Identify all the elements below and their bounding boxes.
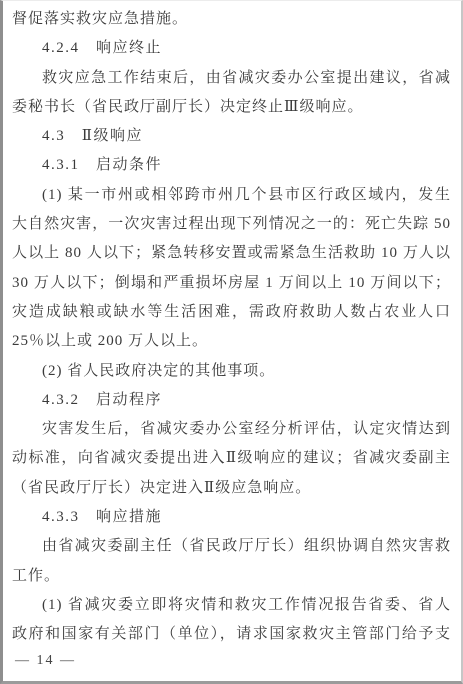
text-line: 30 万人以下；倒塌和严重损坏房屋 1 万间以上 10 万间以下；旱 — [12, 269, 451, 298]
text-line: 委秘书长（省民政厅副厅长）决定终止Ⅲ级响应。 — [12, 93, 451, 122]
text-line: 政府和国家有关部门（单位），请求国家救灾主管部门给予支持。 — [12, 620, 451, 649]
text-line: 救灾应急工作结束后，由省减灾委办公室提出建议，省减灾 — [12, 64, 451, 93]
text-line: (1) 某一市州或相邻跨市州几个县市区行政区域内，发生重 — [12, 181, 451, 210]
text-line: 动标准，向省减灾委提出进入Ⅱ级响应的建议；省减灾委副主任 — [12, 444, 451, 473]
page-body-text: 督促落实救灾应急措施。 4.2.4 响应终止 救灾应急工作结束后，由省减灾委办公… — [3, 1, 461, 650]
section-heading: 4.3 Ⅱ级响应 — [12, 122, 451, 151]
text-line: 由省减灾委副主任（省民政厅厅长）组织协调自然灾害救助 — [12, 532, 451, 561]
text-line: (2) 省人民政府决定的其他事项。 — [12, 357, 451, 386]
section-heading: 4.3.1 启动条件 — [12, 151, 451, 180]
text-line: 灾造成缺粮或缺水等生活困难，需政府救助人数占农业人口 — [12, 298, 451, 327]
text-line: 大自然灾害，一次灾害过程出现下列情况之一的：死亡失踪 50 — [12, 210, 451, 239]
section-heading: 4.2.4 响应终止 — [12, 34, 451, 63]
page-number: — 14 — — [3, 651, 461, 671]
text-line: 人以上 80 人以下；紧急转移安置或需紧急生活救助 10 万人以上 — [12, 239, 451, 268]
text-line: （省民政厅厅长）决定进入Ⅱ级应急响应。 — [12, 474, 451, 503]
text-line: 25％以上或 200 万人以上。 — [12, 327, 451, 356]
text-line: 工作。 — [12, 562, 451, 591]
text-line: 灾害发生后，省减灾委办公室经分析评估，认定灾情达到启 — [12, 415, 451, 444]
text-line: 督促落实救灾应急措施。 — [12, 5, 451, 34]
section-heading: 4.3.3 响应措施 — [12, 503, 451, 532]
text-line: (1) 省减灾委立即将灾情和救灾工作情况报告省委、省人民 — [12, 591, 451, 620]
section-heading: 4.3.2 启动程序 — [12, 386, 451, 415]
document-page: 督促落实救灾应急措施。 4.2.4 响应终止 救灾应急工作结束后，由省减灾委办公… — [0, 0, 463, 684]
